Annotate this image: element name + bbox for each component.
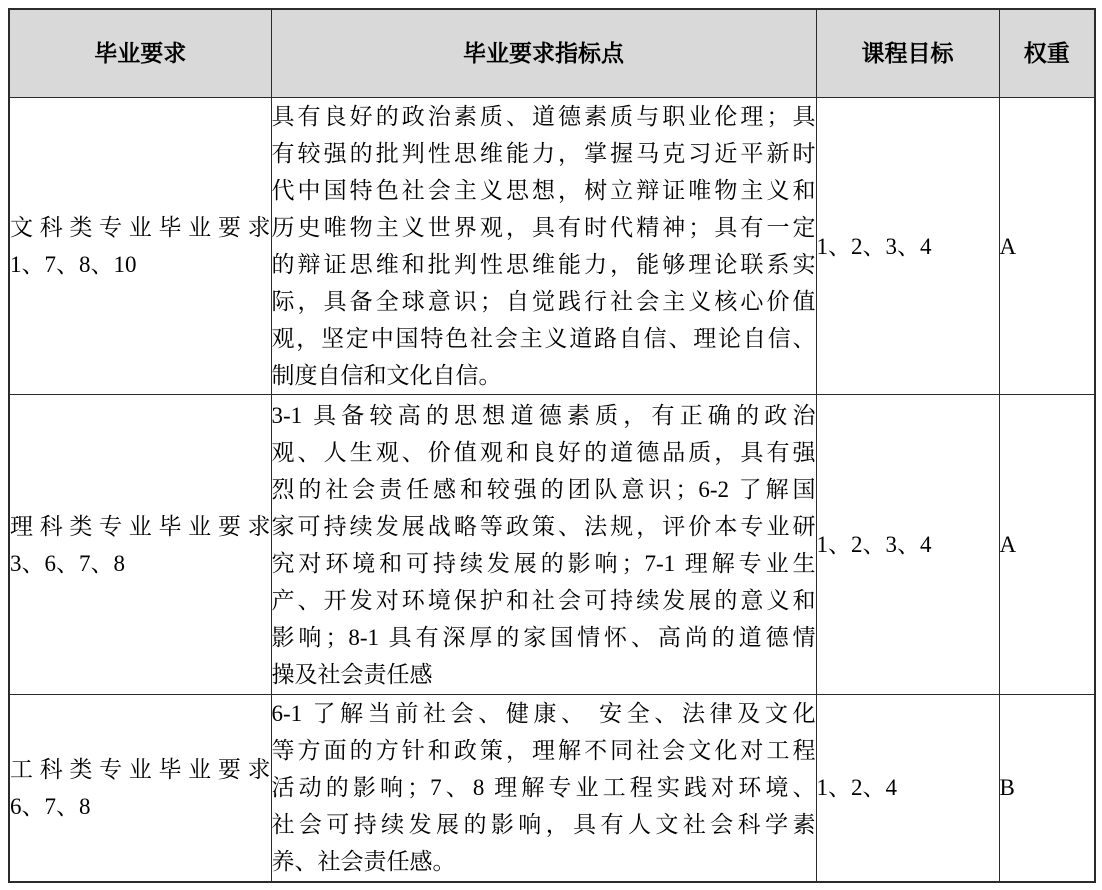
table-row: 文科类专业毕业要求 1、7、8、10 具有良好的政治素质、道德素质与职业伦理；具…: [9, 98, 1095, 395]
text-line: 究对环境和可持续发展的影响；7-1 理解专业生: [272, 545, 816, 582]
text-line: 社会可持续发展的影响，具有人文社会科学素: [272, 806, 816, 843]
text-line: 烈的社会责任感和较强的团队意识；6-2 了解国: [272, 471, 816, 508]
text-line: 养、社会责任感。: [272, 843, 816, 880]
header-course-objectives: 课程目标: [816, 9, 999, 98]
text-line: 3、6、7、8: [10, 545, 271, 582]
requirement-cell: 理科类专业毕业要求 3、6、7、8: [9, 395, 271, 695]
text-line: 的辩证思维和批判性思维能力，能够理论联系实: [272, 246, 816, 283]
weight-cell: B: [999, 695, 1095, 882]
table-row: 工科类专业毕业要求 6、7、8 6-1 了解当前社会、健康、 安全、法律及文化 …: [9, 695, 1095, 882]
table-header-row: 毕业要求 毕业要求指标点 课程目标 权重: [9, 9, 1095, 98]
requirement-cell: 工科类专业毕业要求 6、7、8: [9, 695, 271, 882]
text-line: 制度自信和文化自信。: [272, 357, 816, 394]
text-line: 3-1 具备较高的思想道德素质，有正确的政治: [272, 397, 816, 434]
text-line: 1、7、8、10: [10, 246, 271, 283]
text-line: 具有良好的政治素质、道德素质与职业伦理；具: [272, 98, 816, 135]
text-line: 理科类专业毕业要求: [10, 508, 271, 545]
header-weight: 权重: [999, 9, 1095, 98]
document-page: 毕业要求 毕业要求指标点 课程目标 权重 文科类专业毕业要求 1、7、8、10 …: [0, 0, 1102, 890]
requirement-cell: 文科类专业毕业要求 1、7、8、10: [9, 98, 271, 395]
text-line: 操及社会责任感: [272, 656, 816, 693]
indicator-cell: 6-1 了解当前社会、健康、 安全、法律及文化 等方面的方针和政策，理解不同社会…: [271, 695, 816, 882]
weight-cell: A: [999, 98, 1095, 395]
text-line: 工科类专业毕业要求: [10, 751, 271, 788]
text-line: 历史唯物主义世界观，具有时代精神；具有一定: [272, 209, 816, 246]
course-objectives-cell: 1、2、3、4: [816, 395, 999, 695]
text-line: 际，具备全球意识；自觉践行社会主义核心价值: [272, 283, 816, 320]
indicator-cell: 3-1 具备较高的思想道德素质，有正确的政治 观、人生观、价值观和良好的道德品质…: [271, 395, 816, 695]
text-line: 活动的影响；7、8 理解专业工程实践对环境、: [272, 769, 816, 806]
text-line: 代中国特色社会主义思想，树立辩证唯物主义和: [272, 172, 816, 209]
text-line: 文科类专业毕业要求: [10, 209, 271, 246]
text-line: 观，坚定中国特色社会主义道路自信、理论自信、: [272, 320, 816, 357]
course-objectives-cell: 1、2、3、4: [816, 98, 999, 395]
text-line: 影响；8-1 具有深厚的家国情怀、高尚的道德情: [272, 619, 816, 656]
text-line: 家可持续发展战略等政策、法规，评价本专业研: [272, 508, 816, 545]
course-objectives-cell: 1、2、4: [816, 695, 999, 882]
text-line: 产、开发对环境保护和社会可持续发展的意义和: [272, 582, 816, 619]
table-row: 理科类专业毕业要求 3、6、7、8 3-1 具备较高的思想道德素质，有正确的政治…: [9, 395, 1095, 695]
text-line: 观、人生观、价值观和良好的道德品质，具有强: [272, 434, 816, 471]
indicator-cell: 具有良好的政治素质、道德素质与职业伦理；具 有较强的批判性思维能力，掌握马克习近…: [271, 98, 816, 395]
text-line: 6-1 了解当前社会、健康、 安全、法律及文化: [272, 695, 816, 732]
text-line: 有较强的批判性思维能力，掌握马克习近平新时: [272, 135, 816, 172]
header-indicator-points: 毕业要求指标点: [271, 9, 816, 98]
text-line: 等方面的方针和政策，理解不同社会文化对工程: [272, 732, 816, 769]
graduation-requirements-table: 毕业要求 毕业要求指标点 课程目标 权重 文科类专业毕业要求 1、7、8、10 …: [8, 8, 1096, 883]
weight-cell: A: [999, 395, 1095, 695]
text-line: 6、7、8: [10, 788, 271, 825]
header-graduation-requirement: 毕业要求: [9, 9, 271, 98]
